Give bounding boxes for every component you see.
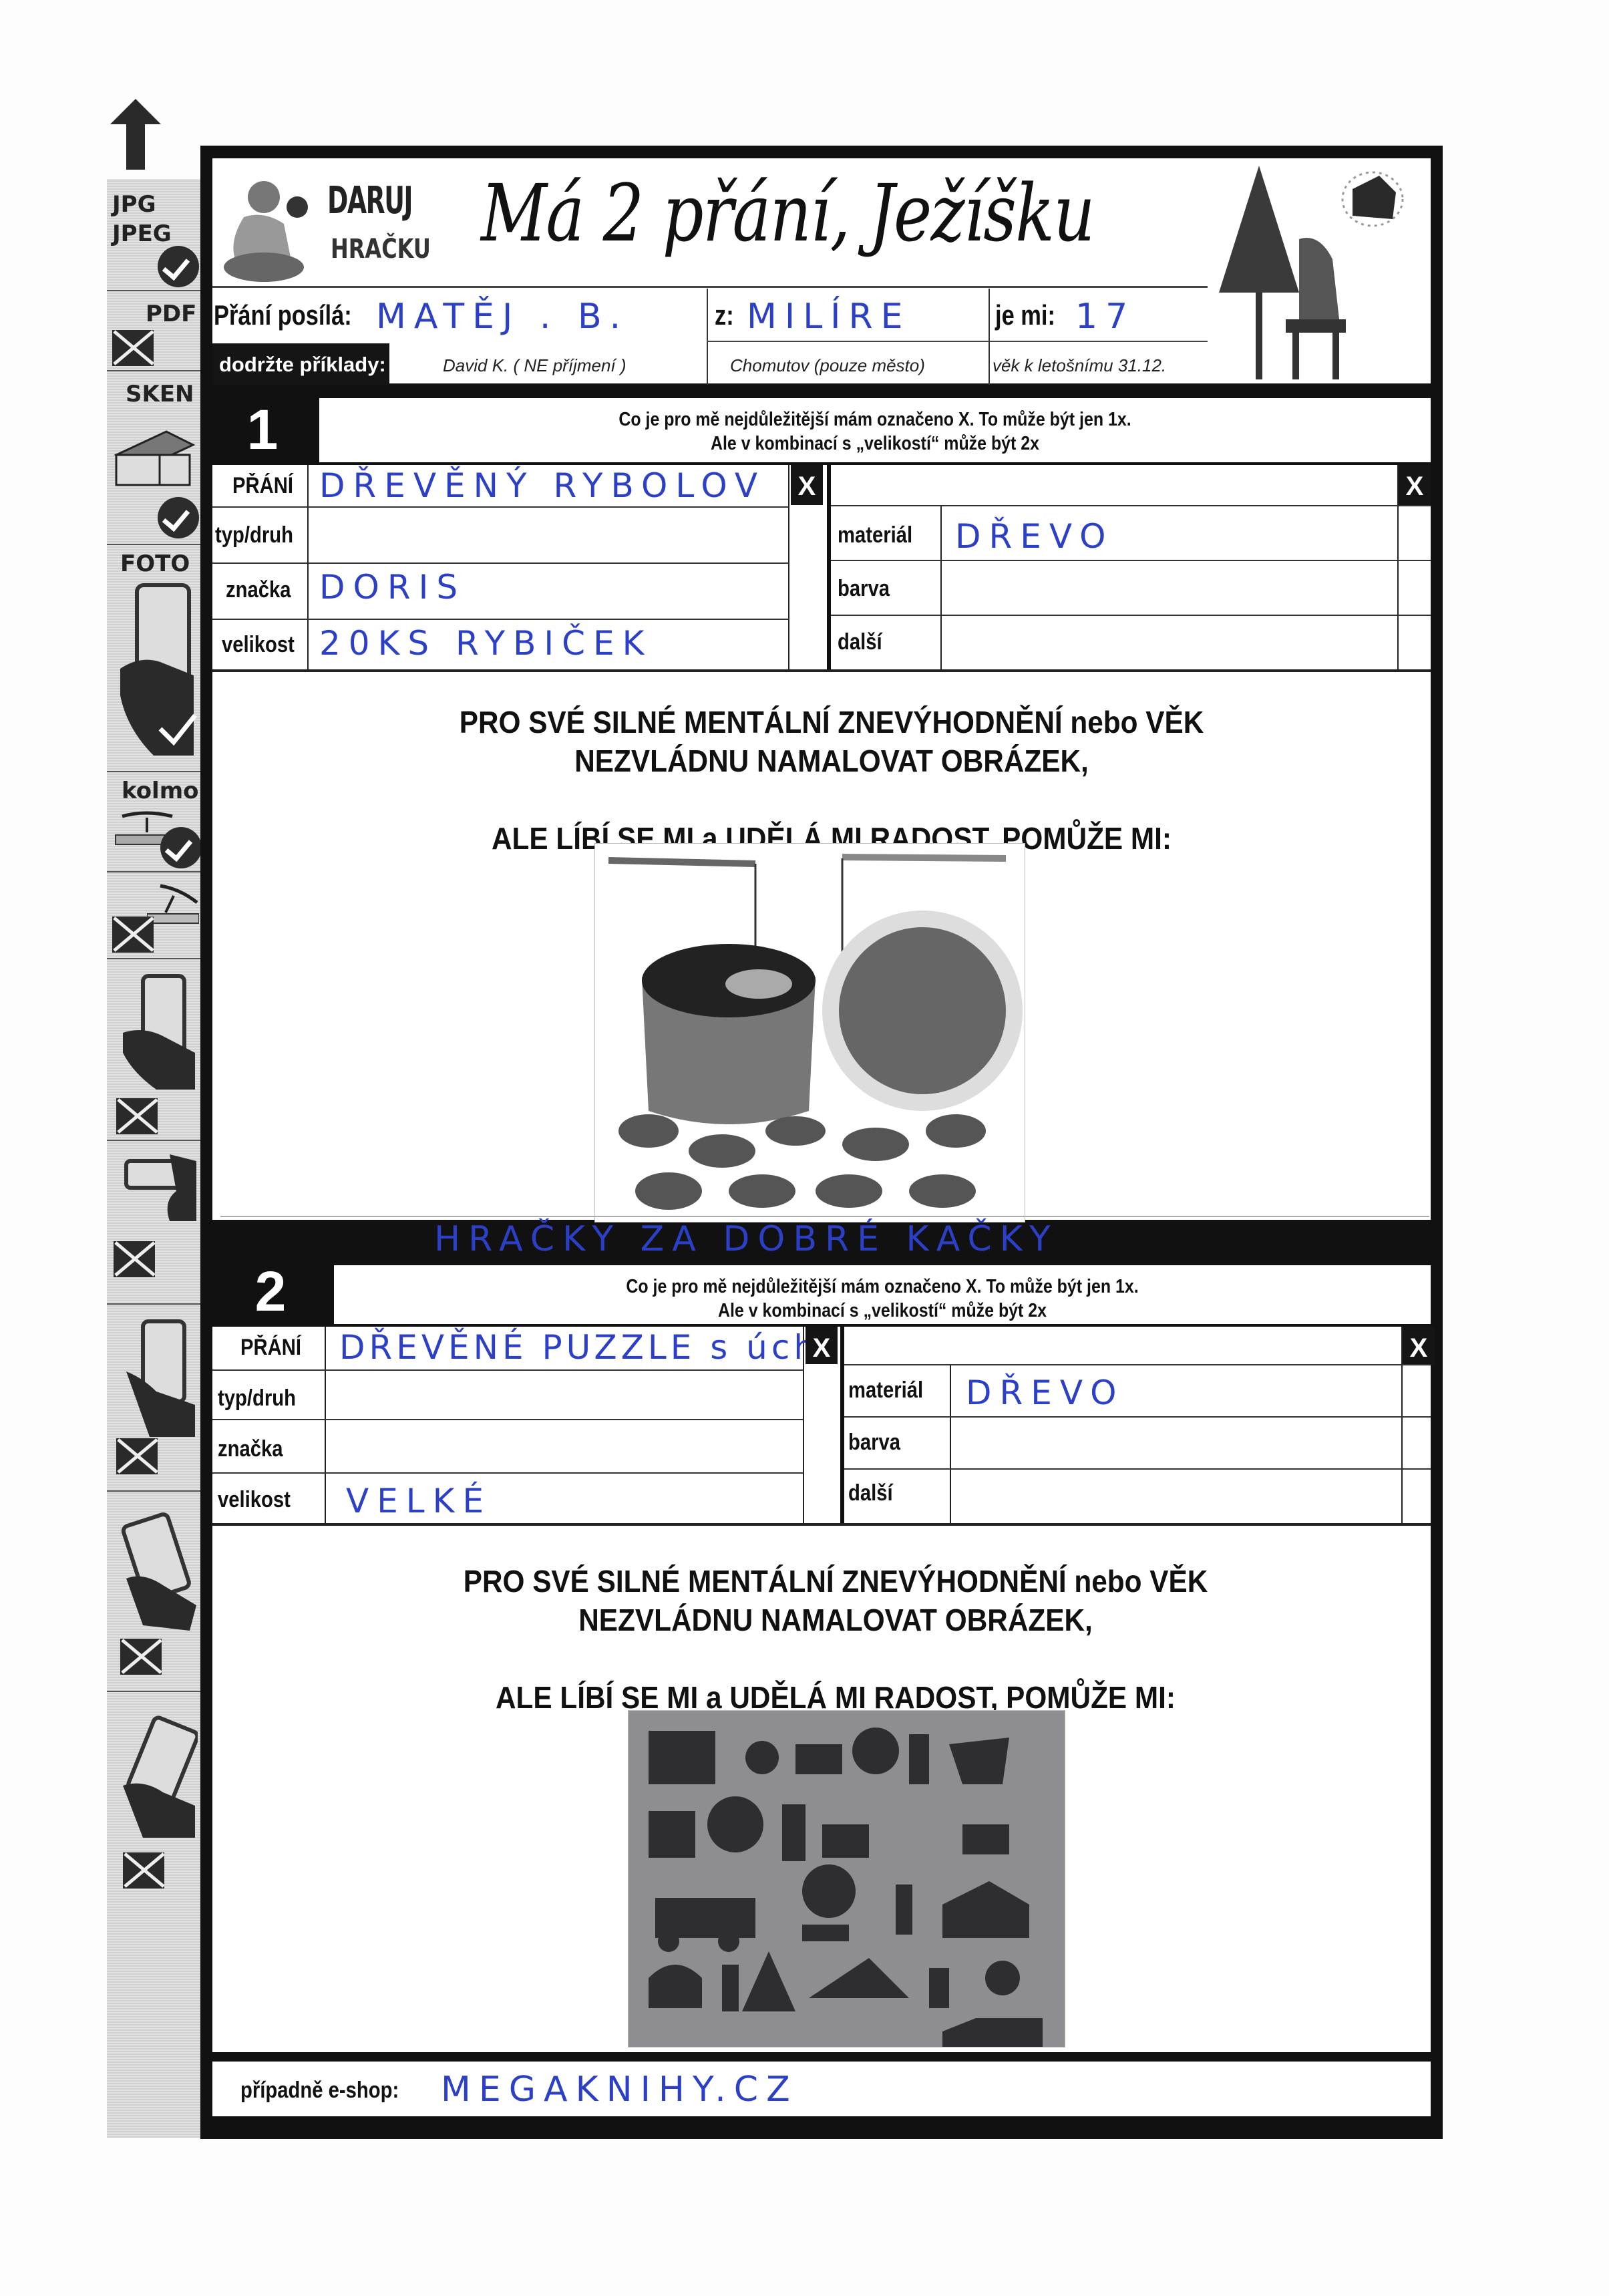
cross-icon [120, 1639, 162, 1675]
sidebar-item-jpg: JPG JPEG [107, 179, 200, 291]
page-title: Má 2 přání, Ježíšku [481, 167, 1094, 259]
logo-daruj: DARUJ [327, 179, 412, 222]
header-divider [212, 286, 1208, 288]
phone-rotated-icon [116, 1505, 198, 1632]
sidebar-label-jpeg: JPEG [112, 220, 172, 247]
value-wish[interactable]: DŘEVĚNÝ RYBOLOV [319, 466, 765, 505]
label-material: materiál [848, 1377, 923, 1404]
instruction-line-2: Ale v kombinací s „velikostí“ může být 2… [411, 1299, 1354, 1323]
instruction-line-1: Co je pro mě nejdůležitější mám označeno… [397, 407, 1353, 432]
value-size[interactable]: VELKÉ [346, 1482, 492, 1520]
phone-landscape-icon [116, 1154, 198, 1228]
scanner-icon [110, 418, 196, 492]
priority-x-left[interactable]: X [791, 465, 823, 505]
sidebar-item-perpendicular: kolmo [107, 772, 200, 872]
eshop-value-1[interactable]: HRAČKY ZA DOBRÉ KAČKY [434, 1219, 1059, 1259]
sidebar-label-scan: SKEN [126, 381, 194, 407]
label-color: barva [848, 1430, 900, 1456]
santa-logo-icon [217, 170, 331, 284]
eshop-label-1: případně e-shop: [230, 1225, 389, 1251]
phone-skewed-icon [116, 1712, 198, 1839]
sidebar-item-angled [107, 872, 200, 959]
label-other: další [838, 629, 882, 655]
divider [212, 2052, 1431, 2062]
phone-tilted-icon [116, 973, 198, 1093]
label-size: velikost [222, 632, 295, 658]
value-material[interactable]: DŘEVO [966, 1373, 1125, 1412]
label-wish: PŘÁNÍ [232, 473, 293, 499]
wish-number-1: 1 [212, 397, 313, 462]
disability-note-1: PRO SVÉ SILNÉ MENTÁLNÍ ZNEVÝHODNĚNÍ nebo… [269, 703, 1394, 858]
priority-x-right[interactable]: X [1403, 1327, 1435, 1364]
age-value[interactable]: 17 [1075, 297, 1135, 337]
check-icon [158, 497, 199, 538]
phone-photo-icon [114, 582, 199, 769]
label-other: další [848, 1480, 893, 1506]
check-icon [160, 827, 202, 868]
check-icon [158, 246, 199, 287]
cross-icon [123, 1852, 164, 1889]
note-line: PRO SVÉ SILNÉ MENTÁLNÍ ZNEVÝHODNĚNÍ nebo… [269, 703, 1394, 742]
value-size[interactable]: 20KS RYBIČEK [319, 624, 652, 663]
label-type: typ/druh [215, 522, 293, 548]
sidebar-item-pdf: PDF [107, 291, 200, 371]
sidebar-label-jpg: JPG [112, 191, 156, 218]
instruction-line-2: Ale v kombinací s „velikostí“ může být 2… [397, 432, 1353, 456]
sidebar-item-rotated [107, 1492, 200, 1692]
from-value[interactable]: MILÍRE [747, 297, 911, 337]
label-type: typ/druh [218, 1385, 296, 1412]
age-label: je mi: [995, 299, 1055, 331]
example-name: David K. ( NE příjmení ) [443, 355, 627, 376]
wish-1-table: PŘÁNÍ DŘEVĚNÝ RYBOLOV typ/druh značka DO… [212, 465, 1431, 671]
label-color: barva [838, 576, 890, 602]
cross-icon [112, 330, 154, 366]
label-size: velikost [218, 1487, 291, 1513]
divider [220, 1216, 1429, 1217]
eshop-value-2[interactable]: MEGAKNIHY.CZ [441, 2070, 798, 2110]
wish-2-instructions: Co je pro mě nejdůležitější mám označeno… [334, 1265, 1431, 1324]
cross-icon [114, 1241, 155, 1277]
divider [212, 1256, 1431, 1265]
sidebar-item-skewed [107, 1692, 200, 2138]
disability-note-2: PRO SVÉ SILNÉ MENTÁLNÍ ZNEVÝHODNĚNÍ nebo… [273, 1562, 1398, 1717]
priority-x-left[interactable]: X [806, 1327, 838, 1364]
label-wish: PŘÁNÍ [240, 1335, 301, 1361]
value-wish[interactable]: DŘEVĚNÉ PUZZLE s úch. [339, 1328, 834, 1367]
farm-puzzle-image [629, 1711, 1065, 2047]
cross-icon [116, 1438, 158, 1474]
sidebar-item-scan: SKEN [107, 371, 200, 545]
wish-2-photo [628, 1710, 1065, 2047]
sidebar-item-tilted [107, 959, 200, 1141]
example-city: Chomutov (pouze město) [730, 355, 925, 376]
wish-1-instructions: Co je pro mě nejdůležitější mám označeno… [319, 398, 1431, 462]
example-age: věk k letošnímu 31.12. [993, 355, 1166, 376]
logo-hracku: HRAČKU [331, 234, 431, 265]
label-brand: značka [226, 577, 291, 603]
from-label: z: [715, 299, 734, 331]
phone-hand-icon [116, 1318, 198, 1438]
sidebar-item-hand [107, 1305, 200, 1492]
cross-icon [112, 917, 154, 953]
sender-label: Přání posílá: [214, 299, 352, 331]
angled-photo-icon [147, 879, 199, 926]
value-material[interactable]: DŘEVO [955, 517, 1114, 556]
cross-icon [116, 1098, 158, 1134]
examples-label: dodržte příklady: [212, 343, 389, 385]
instruction-line-1: Co je pro mě nejdůležitější mám označeno… [411, 1275, 1354, 1299]
value-brand[interactable]: DORIS [319, 568, 466, 607]
sender-value[interactable]: MATĚJ . B. [376, 297, 629, 337]
wish-1-photo [594, 843, 1025, 1222]
note-line: NEZVLÁDNU NAMALOVAT OBRÁZEK, [273, 1601, 1398, 1639]
wish-number-2: 2 [220, 1259, 321, 1324]
sidebar-item-photo: FOTO [107, 545, 200, 772]
note-line: PRO SVÉ SILNÉ MENTÁLNÍ ZNEVÝHODNĚNÍ nebo… [273, 1562, 1398, 1601]
examples-row: dodržte příklady: David K. ( NE příjmení… [212, 343, 1208, 385]
up-arrow-icon [110, 99, 161, 170]
wish-2-table: PŘÁNÍ DŘEVĚNÉ PUZZLE s úch. typ/druh zna… [212, 1327, 1431, 1524]
sidebar-label-perpendicular: kolmo [122, 778, 199, 804]
sidebar-label-photo: FOTO [120, 550, 190, 577]
sender-row: Přání posílá: MATĚJ . B. z: MILÍRE je mi… [212, 289, 1208, 343]
label-brand: značka [218, 1436, 283, 1462]
label-material: materiál [838, 522, 912, 548]
sidebar-label-pdf: PDF [146, 301, 196, 327]
eshop-label-2: případně e-shop: [240, 2078, 399, 2104]
sidebar-item-landscape [107, 1141, 200, 1305]
priority-x-right[interactable]: X [1399, 465, 1431, 505]
sender-underline [707, 341, 1208, 342]
note-line: NEZVLÁDNU NAMALOVAT OBRÁZEK, [269, 742, 1394, 780]
fishing-game-image [595, 844, 1025, 1222]
scan-instructions-sidebar: JPG JPEG PDF SKEN FOTO kolmo [107, 179, 200, 2138]
christmas-tree-icon [1206, 159, 1433, 386]
